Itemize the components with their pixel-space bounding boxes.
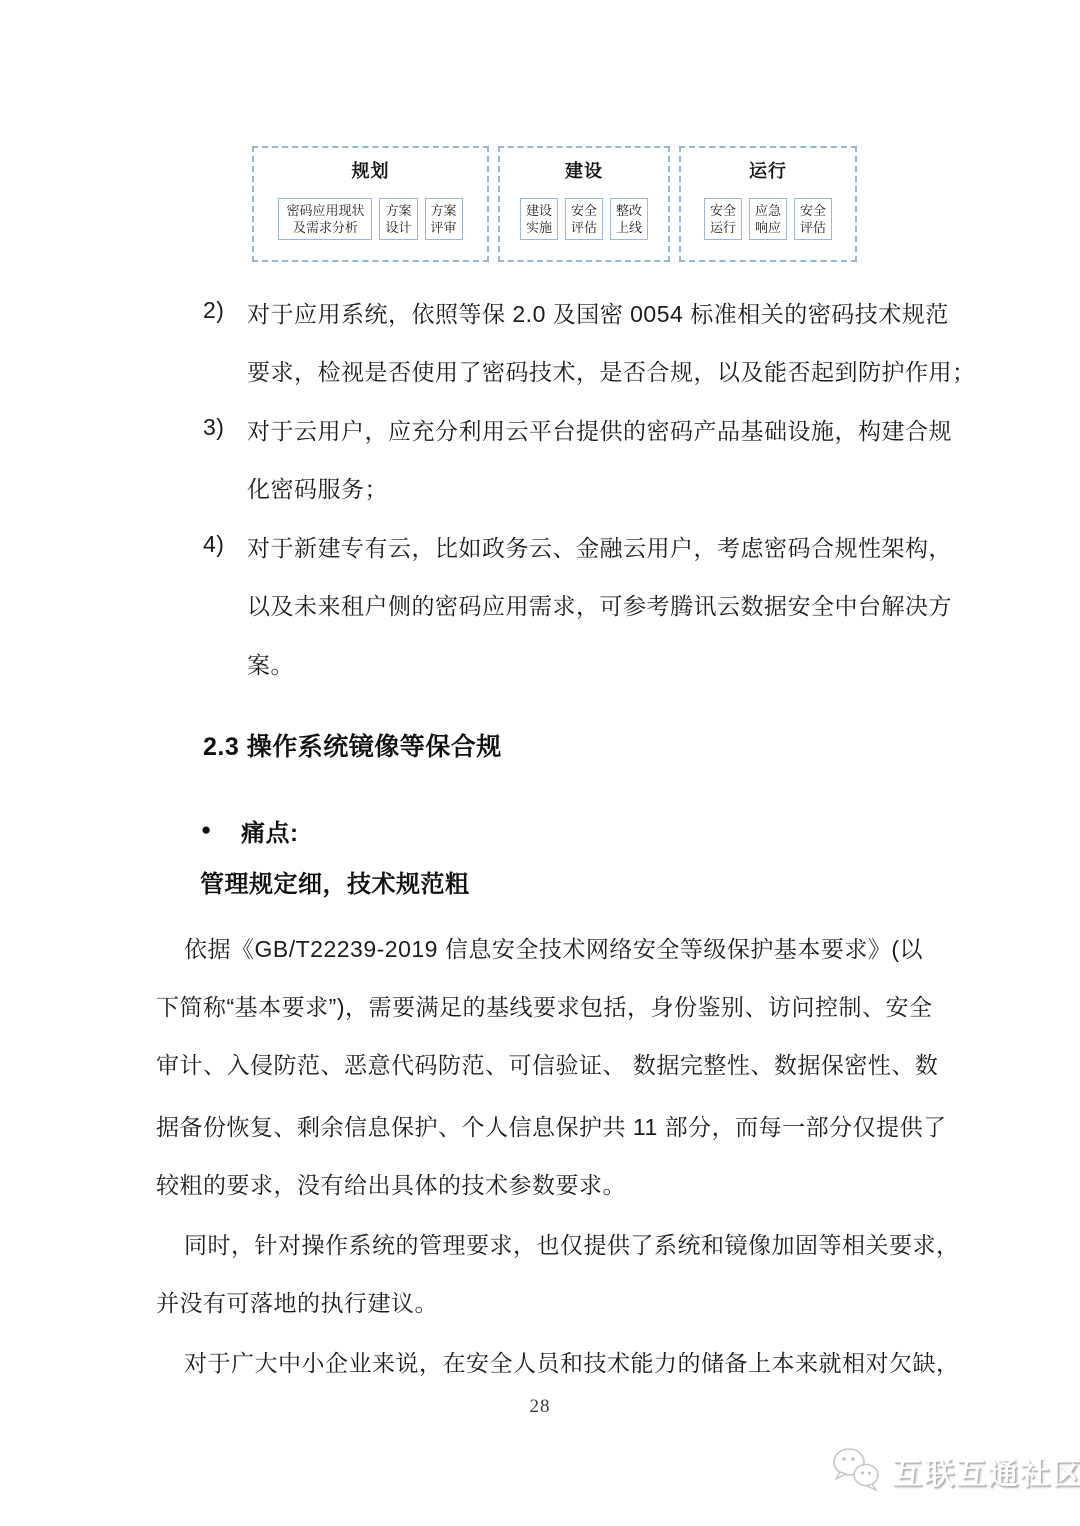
list-item-4-number: 4)	[203, 531, 224, 558]
step-line: 评审	[431, 219, 457, 236]
list-item-2-number: 2)	[203, 297, 224, 324]
step-line: 方案	[385, 202, 411, 219]
list-item-3-line: 化密码服务；	[247, 471, 388, 504]
step-line: 评估	[571, 219, 597, 236]
paragraph-line: 下简称“基本要求”)，需要满足的基线要求包括，身份鉴别、访问控制、安全	[156, 989, 932, 1022]
paragraph-line: 较粗的要求，没有给出具体的技术参数要求。	[156, 1167, 626, 1200]
diagram-step: 安全 评估	[565, 198, 603, 240]
paragraph-line: 审计、入侵防范、恶意代码防范、可信验证、 数据完整性、数据保密性、数	[156, 1047, 938, 1080]
diagram-step: 建设 实施	[520, 198, 558, 240]
page-number: 28	[0, 1396, 1080, 1418]
diagram-step-row: 安全 运行 应急 响应 安全 评估	[681, 198, 855, 240]
list-item-4-line: 案。	[247, 647, 294, 680]
wechat-bubbles-icon	[828, 1443, 884, 1499]
paragraph-line: 并没有可落地的执行建议。	[156, 1285, 438, 1318]
list-item-2-line: 要求，检视是否使用了密码技术，是否合规，以及能否起到防护作用；	[247, 354, 976, 387]
bullet-icon: ●	[201, 820, 212, 840]
list-item-2-line: 对于应用系统，依照等保 2.0 及国密 0054 标准相关的密码技术规范	[247, 296, 949, 329]
diagram-group-construction: 建设 建设 实施 安全 评估 整改 上线	[498, 146, 670, 262]
list-item-3-line: 对于云用户，应充分利用云平台提供的密码产品基础设施，构建合规	[247, 413, 952, 446]
step-line: 建设	[526, 202, 552, 219]
paragraph-line: 同时，针对操作系统的管理要求，也仅提供了系统和镜像加固等相关要求，	[184, 1227, 960, 1260]
diagram-group-title: 运行	[681, 157, 855, 183]
diagram-step: 方案 评审	[425, 198, 463, 240]
step-line: 设计	[385, 219, 411, 236]
diagram-step-row: 建设 实施 安全 评估 整改 上线	[500, 198, 668, 240]
community-watermark: 互联互通社区	[828, 1443, 1080, 1499]
section-heading: 2.3 操作系统镜像等保合规	[203, 727, 502, 763]
step-line: 方案	[431, 202, 457, 219]
step-line: 运行	[710, 219, 736, 236]
step-line: 实施	[526, 219, 552, 236]
diagram-group-title: 建设	[500, 157, 668, 183]
step-line: 安全	[800, 202, 826, 219]
diagram-group-planning: 规划 密码应用现状 及需求分析 方案 设计 方案 评审	[252, 146, 489, 262]
step-line: 安全	[571, 202, 597, 219]
lifecycle-flow-diagram: 规划 密码应用现状 及需求分析 方案 设计 方案 评审 建设	[252, 146, 857, 262]
diagram-group-title: 规划	[254, 157, 487, 183]
document-page: 规划 密码应用现状 及需求分析 方案 设计 方案 评审 建设	[0, 0, 1080, 1526]
step-line: 及需求分析	[286, 219, 364, 236]
diagram-step: 方案 设计	[379, 198, 417, 240]
step-line: 响应	[755, 219, 781, 236]
diagram-step: 整改 上线	[610, 198, 648, 240]
diagram-group-operation: 运行 安全 运行 应急 响应 安全 评估	[679, 146, 857, 262]
list-item-4-line: 对于新建专有云，比如政务云、金融云用户，考虑密码合规性架构，	[247, 530, 952, 563]
watermark-text: 互联互通社区	[892, 1449, 1080, 1493]
step-line: 密码应用现状	[286, 202, 364, 219]
diagram-step: 密码应用现状 及需求分析	[278, 198, 372, 240]
step-line: 整改	[616, 202, 642, 219]
step-line: 评估	[800, 219, 826, 236]
step-line: 安全	[710, 202, 736, 219]
step-line: 应急	[755, 202, 781, 219]
step-line: 上线	[616, 219, 642, 236]
list-item-4-line: 以及未来租户侧的密码应用需求，可参考腾讯云数据安全中台解决方	[247, 588, 952, 621]
list-item-3-number: 3)	[203, 414, 224, 441]
diagram-step: 安全 运行	[704, 198, 742, 240]
diagram-step: 应急 响应	[749, 198, 787, 240]
paragraph-line: 据备份恢复、剩余信息保护、个人信息保护共 11 部分，而每一部分仅提供了	[156, 1109, 947, 1142]
diagram-step-row: 密码应用现状 及需求分析 方案 设计 方案 评审	[254, 198, 487, 240]
paragraph-line: 依据《GB/T22239-2019 信息安全技术网络安全等级保护基本要求》(以	[184, 931, 923, 964]
paragraph-line: 对于广大中小企业来说，在安全人员和技术能力的储备上本来就相对欠缺，	[184, 1345, 960, 1378]
pain-point-label: 痛点:	[241, 813, 299, 848]
pain-point-subheading: 管理规定细，技术规范粗	[200, 864, 470, 899]
diagram-step: 安全 评估	[794, 198, 832, 240]
